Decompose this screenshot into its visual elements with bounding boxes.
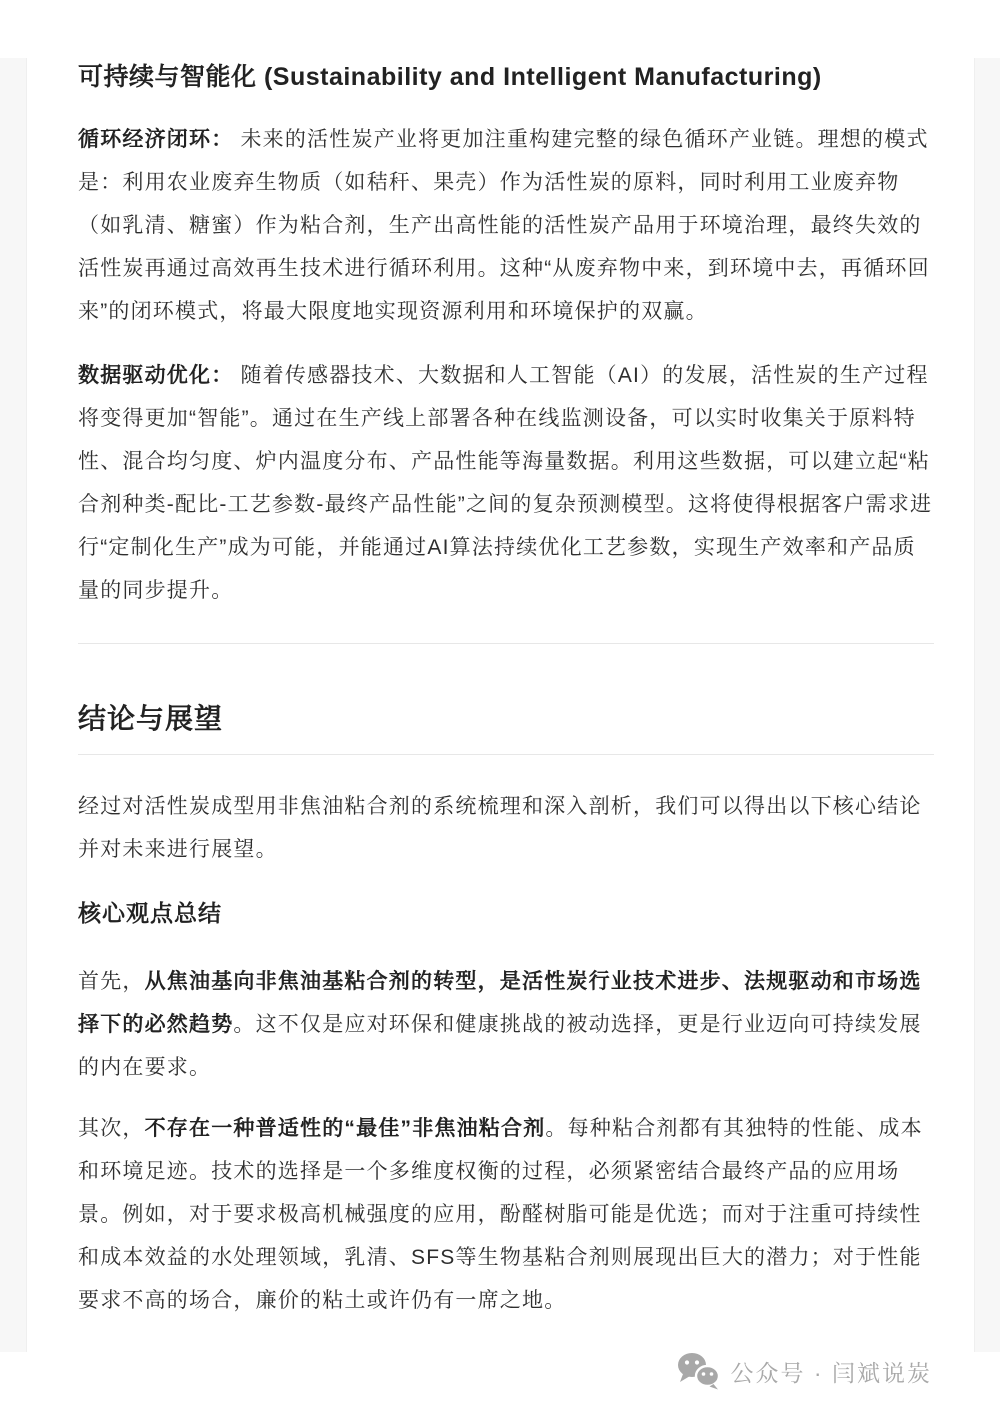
section-heading-sustainability: 可持续与智能化 (Sustainability and Intelligent … [78,60,934,94]
paragraph-data-driven: 数据驱动优化： 随着传感器技术、大数据和人工智能（AI）的发展，活性炭的生产过程… [78,354,934,612]
point-second-rest: 。每种粘合剂都有其独特的性能、成本和环境足迹。技术的选择是一个多维度权衡的过程，… [78,1117,923,1312]
paragraph-lead-data-driven: 数据驱动优化： [78,364,233,387]
paragraph-conclusion-intro: 经过对活性炭成型用非焦油粘合剂的系统梳理和深入剖析，我们可以得出以下核心结论并对… [78,785,934,871]
page-edge-right [974,58,1000,1352]
paragraph-lead-circular-economy: 循环经济闭环： [78,128,233,151]
wechat-watermark: 公众号 · 闫斌说炭 [677,1352,932,1390]
paragraph-circular-economy: 循环经济闭环： 未来的活性炭产业将更加注重构建完整的绿色循环产业链。理想的模式是… [78,118,934,333]
point-second-bold: 不存在一种普适性的“最佳”非焦油粘合剂 [145,1117,546,1140]
paragraph-point-first: 首先，从焦油基向非焦油基粘合剂的转型，是活性炭行业技术进步、法规驱动和市场选择下… [78,960,934,1089]
article-body: 可持续与智能化 (Sustainability and Intelligent … [78,0,934,1322]
wechat-icon [677,1352,721,1390]
section-divider [78,643,934,644]
subheading-key-points: 核心观点总结 [78,898,934,928]
section-heading-conclusion: 结论与展望 [78,701,934,755]
watermark-text: 公众号 · 闫斌说炭 [731,1355,932,1388]
paragraph-text-circular-economy: 未来的活性炭产业将更加注重构建完整的绿色循环产业链。理想的模式是：利用农业废弃生… [78,128,930,323]
page-edge-left [0,58,27,1352]
paragraph-point-second: 其次，不存在一种普适性的“最佳”非焦油粘合剂。每种粘合剂都有其独特的性能、成本和… [78,1107,934,1322]
point-first-prefix: 首先， [78,970,145,993]
paragraph-text-data-driven: 随着传感器技术、大数据和人工智能（AI）的发展，活性炭的生产过程将变得更加“智能… [78,364,932,602]
point-second-prefix: 其次， [78,1117,145,1140]
